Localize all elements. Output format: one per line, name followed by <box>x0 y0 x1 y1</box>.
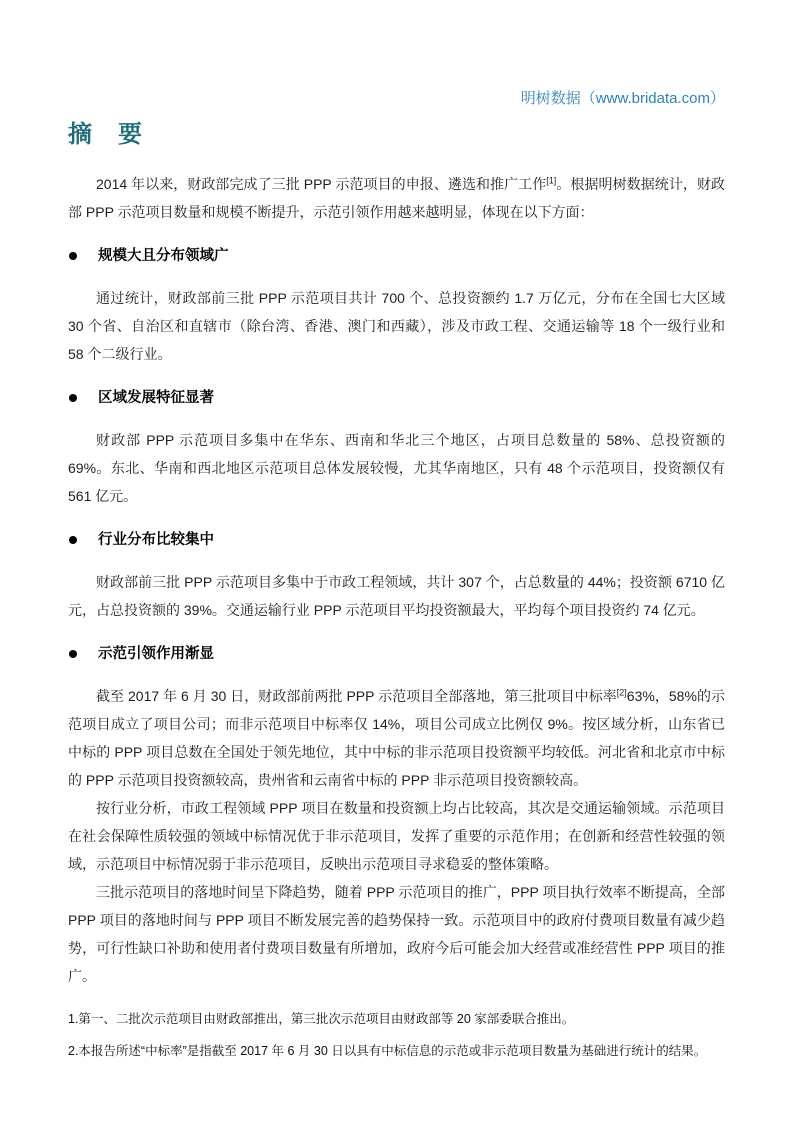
section-heading-text: 规模大且分布领域广 <box>98 242 229 270</box>
intro-text-a: 2014 年以来，财政部完成了三批 PPP 示范项目的申报、遴选和推广工作 <box>96 176 546 192</box>
bullet-icon <box>69 536 77 544</box>
section-paragraph: 截至 2017 年 6 月 30 日，财政部前两批 PPP 示范项目全部落地，第… <box>68 682 725 794</box>
bullet-icon <box>69 650 77 658</box>
footnotes: 1.第一、二批次示范项目由财政部推出，第三批次示范项目由财政部等 20 家部委联… <box>68 1008 725 1062</box>
section-paragraph: 三批示范项目的落地时间呈下降趋势，随着 PPP 示范项目的推广，PPP 项目执行… <box>68 878 725 990</box>
document-page: 明树数据（www.bridata.com） 摘 要 2014 年以来，财政部完成… <box>0 0 793 1122</box>
section-paragraph: 按行业分析，市政工程领域 PPP 项目在数量和投资额上均占比较高，其次是交通运输… <box>68 794 725 878</box>
section-heading-industry: 行业分布比较集中 <box>68 526 725 554</box>
section-paragraph: 财政部 PPP 示范项目多集中在华东、西南和华北三个地区，占项目总数量的 58%… <box>68 426 725 510</box>
section-paragraph: 通过统计，财政部前三批 PPP 示范项目共计 700 个、总投资额约 1.7 万… <box>68 284 725 368</box>
para-text-a: 截至 2017 年 6 月 30 日，财政部前两批 PPP 示范项目全部落地，第… <box>96 688 617 704</box>
footnote-ref-2: [2] <box>617 687 627 697</box>
page-title: 摘 要 <box>68 118 725 152</box>
brand-url-text: 明树数据（www.bridata.com） <box>521 90 725 107</box>
bullet-icon <box>69 252 77 260</box>
section-paragraph: 财政部前三批 PPP 示范项目多集中于市政工程领域，共计 307 个，占总数量的… <box>68 568 725 624</box>
section-heading-region: 区域发展特征显著 <box>68 384 725 412</box>
footnote-1: 1.第一、二批次示范项目由财政部推出，第三批次示范项目由财政部等 20 家部委联… <box>68 1008 725 1030</box>
footnote-2: 2.本报告所述“中标率”是指截至 2017 年 6 月 30 日以具有中标信息的… <box>68 1040 725 1062</box>
footnote-ref-1: [1] <box>546 175 556 185</box>
section-heading-demonstration: 示范引领作用渐显 <box>68 640 725 668</box>
bullet-icon <box>69 394 77 402</box>
document-header: 明树数据（www.bridata.com） <box>68 88 725 110</box>
section-heading-text: 行业分布比较集中 <box>98 526 214 554</box>
section-heading-text: 示范引领作用渐显 <box>98 640 214 668</box>
intro-paragraph: 2014 年以来，财政部完成了三批 PPP 示范项目的申报、遴选和推广工作[1]… <box>68 170 725 226</box>
section-heading-text: 区域发展特征显著 <box>98 384 214 412</box>
section-heading-scale: 规模大且分布领域广 <box>68 242 725 270</box>
